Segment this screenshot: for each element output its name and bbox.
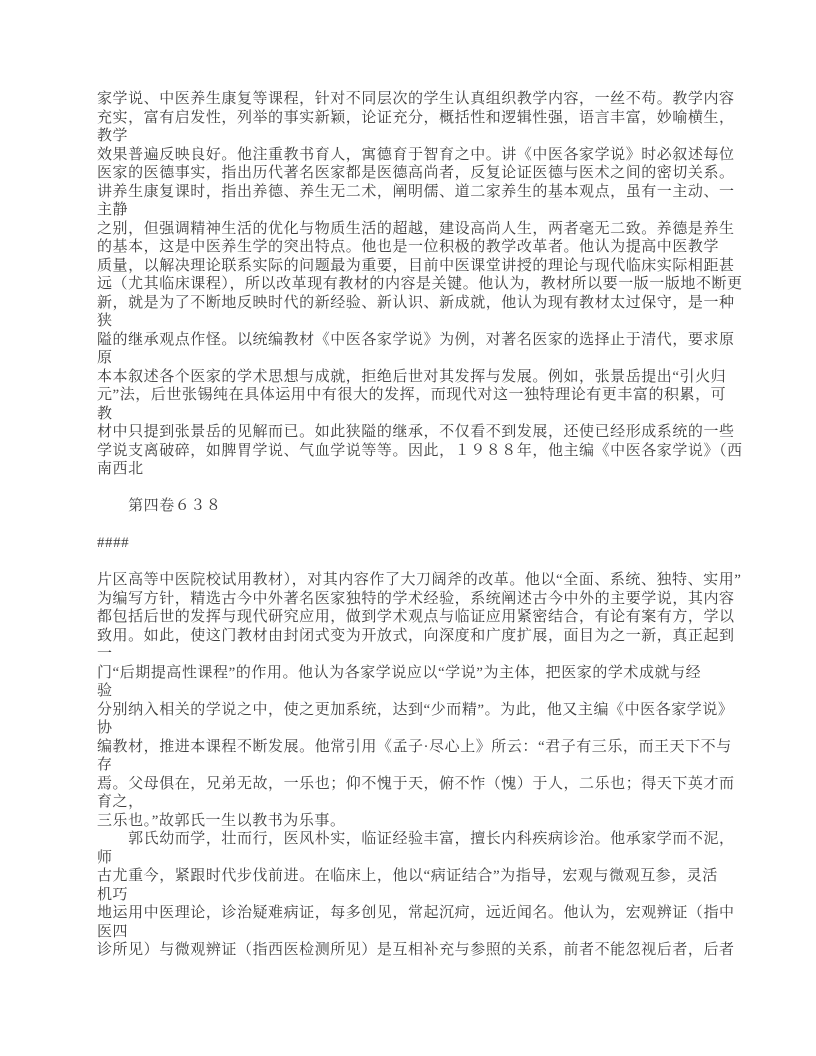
text-line: 医家的医德事实，指出历代著名医家都是医德高尚者，反复论证医德与医术之间的密切关系…	[97, 164, 724, 183]
text-line: 存	[97, 756, 724, 775]
text-content: 家学说、中医养生康复等课程，针对不同层次的学生认真组织教学内容，一丝不苟。教学内…	[97, 90, 724, 960]
text-line: 新，就是为了不断地反映时代的新经验、新认识、新成就，他认为现有教材太过保守，是一…	[97, 294, 724, 313]
text-line: 三乐也。”故郭氏一生以教书为乐事。	[97, 812, 724, 831]
text-line: 远（尤其临床课程），所以改革现有教材的内容是关键。他认为，教材所以要一版一版地不…	[97, 275, 724, 294]
section-marker: ####	[97, 534, 724, 553]
text-line: 质量，以解决理论联系实际的问题最为重要，目前中医课堂讲授的理论与现代临床实际相距…	[97, 257, 724, 276]
paragraph-start-line: 郭氏幼而学，壮而行，医风朴实，临证经验丰富，擅长内科疾病诊治。他承家学而不泥，	[97, 830, 724, 849]
page-number-line: 第四卷６３８	[97, 497, 724, 516]
text-line: 充实，富有启发性，列举的事实新颖，论证充分，概括性和逻辑性强，语言丰富，妙喻横生…	[97, 109, 724, 128]
text-line: 致用。如此，使这门教材由封闭式变为开放式，向深度和广度扩展，面目为之一新，真正起…	[97, 627, 724, 646]
text-line: 材中只提到张景岳的见解而已。如此狭隘的继承，不仅看不到发展，还使已经形成系统的一…	[97, 423, 724, 442]
text-line: 本本叙述各个医家的学术思想与成就，拒绝后世对其发挥与发展。例如，张景岳提出“引火…	[97, 368, 724, 387]
text-line: 机巧	[97, 886, 724, 905]
text-line: 一	[97, 645, 724, 664]
text-line: 狭	[97, 312, 724, 331]
text-line: 元”法，后世张锡纯在具体运用中有很大的发挥，而现代对这一独特理论有更丰富的积累，…	[97, 386, 724, 405]
text-line: 家学说、中医养生康复等课程，针对不同层次的学生认真组织教学内容，一丝不苟。教学内…	[97, 90, 724, 109]
text-line: 主静	[97, 201, 724, 220]
text-line: 之别，但强调精神生活的优化与物质生活的超越，建设高尚人生，两者毫无二致。养德是养…	[97, 220, 724, 239]
text-line: 原	[97, 349, 724, 368]
text-line: 隘的继承观点作怪。以统编教材《中医各家学说》为例，对著名医家的选择止于清代，要求…	[97, 331, 724, 350]
document-page: 家学说、中医养生康复等课程，针对不同层次的学生认真组织教学内容，一丝不苟。教学内…	[0, 0, 816, 1056]
text-line: 都包括后世的发挥与现代研究应用，做到学术观点与临证应用紧密结合，有论有案有方，学…	[97, 608, 724, 627]
text-line: 育之，	[97, 793, 724, 812]
text-line: 片区高等中医院校试用教材），对其内容作了大刀阔斧的改革。他以“全面、系统、独特、…	[97, 571, 724, 590]
text-line: 协	[97, 719, 724, 738]
text-line: 为编写方针，精选古今中外著名医家独特的学术经验，系统阐述古今中外的主要学说，其内…	[97, 590, 724, 609]
text-line	[97, 479, 724, 498]
text-line: 古尤重今，紧跟时代步伐前进。在临床上，他以“病证结合”为指导，宏观与微观互参，灵…	[97, 867, 724, 886]
text-line: 验	[97, 682, 724, 701]
text-line: 诊所见）与微观辨证（指西医检测所见）是互相补充与参照的关系，前者不能忽视后者，后…	[97, 941, 724, 960]
text-line: 编教材，推进本课程不断发展。他常引用《孟子·尽心上》所云：“君子有三乐，而王天下…	[97, 738, 724, 757]
text-line	[97, 516, 724, 535]
text-line: 医四	[97, 923, 724, 942]
text-line: 学说支离破碎，如脾胃学说、气血学说等等。因此，１９８８年，他主编《中医各家学说》…	[97, 442, 724, 461]
text-line: 师	[97, 849, 724, 868]
text-line: 门“后期提高性课程”的作用。他认为各家学说应以“学说”为主体，把医家的学术成就与…	[97, 664, 724, 683]
text-line: 讲养生康复课时，指出养德、养生无二术，阐明儒、道二家养生的基本观点，虽有一主动、…	[97, 183, 724, 202]
text-line: 效果普遍反映良好。他注重教书育人，寓德育于智育之中。讲《中医各家学说》时必叙述每…	[97, 146, 724, 165]
text-line: 焉。父母俱在，兄弟无故，一乐也；仰不愧于天，俯不怍（愧）于人，二乐也；得天下英才…	[97, 775, 724, 794]
text-line: 地运用中医理论，诊治疑难病证，每多创见，常起沉疴，远近闻名。他认为，宏观辨证（指…	[97, 904, 724, 923]
text-line: 南西北	[97, 460, 724, 479]
text-line: 教学	[97, 127, 724, 146]
text-line	[97, 553, 724, 572]
text-line: 教	[97, 405, 724, 424]
text-line: 分别纳入相关的学说之中，使之更加系统，达到“少而精”。为此，他又主编《中医各家学…	[97, 701, 724, 720]
text-line: 的基本，这是中医养生学的突出特点。他也是一位积极的教学改革者。他认为提高中医教学	[97, 238, 724, 257]
